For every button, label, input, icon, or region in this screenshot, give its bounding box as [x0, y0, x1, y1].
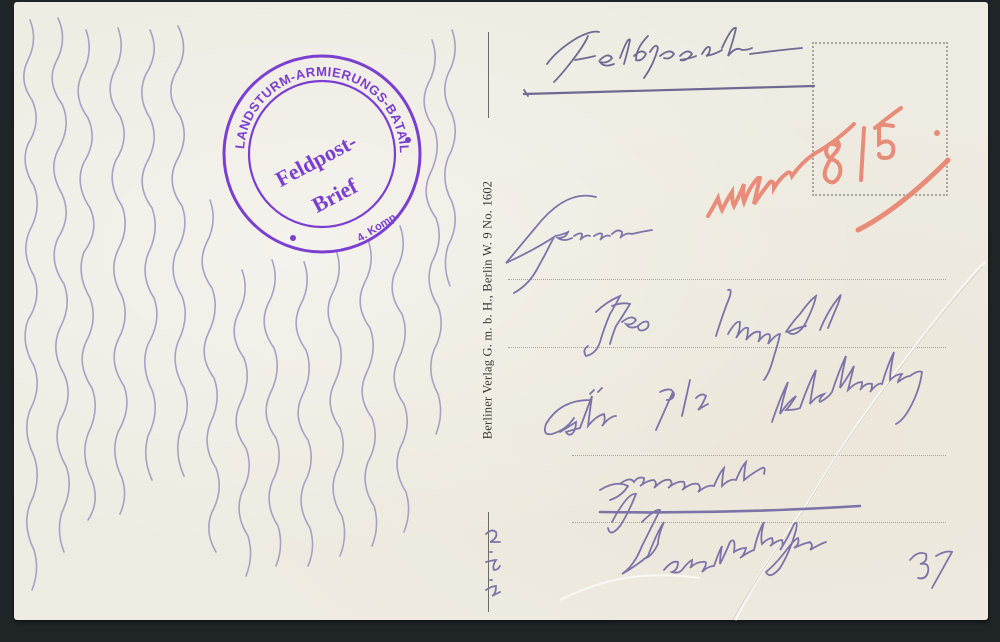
- divider-line-top: [488, 32, 489, 118]
- postcard: Berliner Verlag G. m. b. H., Berlin W. 9…: [14, 2, 988, 620]
- address-line-3: [572, 455, 946, 456]
- address-line-2: [508, 347, 946, 348]
- stamp-placeholder-box: [812, 42, 948, 196]
- address-line-4: [572, 522, 946, 523]
- publisher-imprint: Berliner Verlag G. m. b. H., Berlin W. 9…: [481, 181, 496, 440]
- address-line-1: [508, 279, 946, 280]
- divider-line-bottom: [488, 512, 489, 612]
